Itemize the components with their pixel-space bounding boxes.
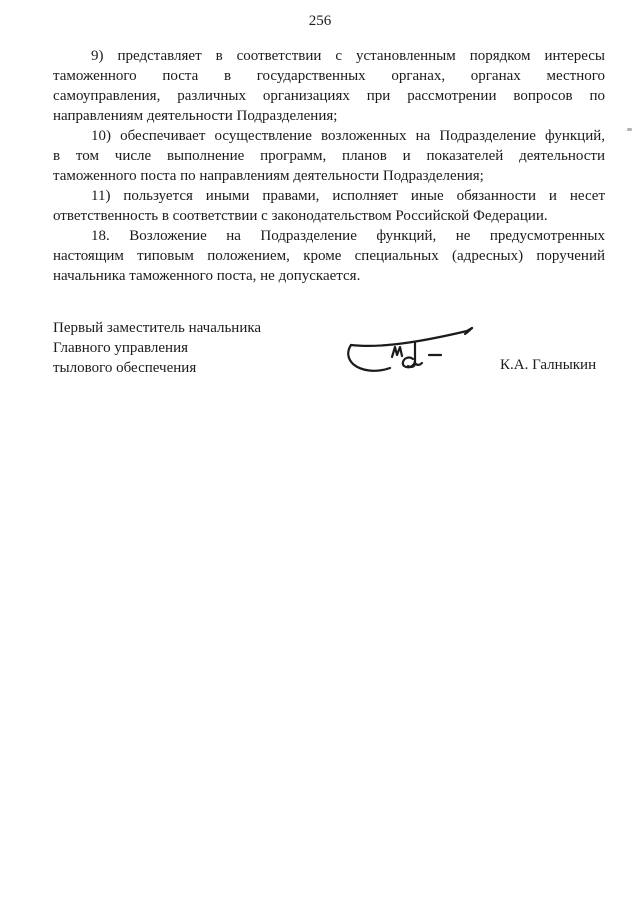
text-line: 11) пользуется иными правами, исполняет … [53, 186, 605, 206]
paragraph: 11) пользуется иными правами, исполняет … [53, 186, 605, 226]
document-page: 256 9) представляет в соответствии с уст… [0, 0, 640, 905]
text-line: настоящим типовым положением, кроме спец… [53, 246, 605, 266]
paragraph: 10) обеспечивает осуществление возложенн… [53, 126, 605, 186]
body-text: 9) представляет в соответствии с установ… [53, 46, 605, 286]
text-line: 9) представляет в соответствии с установ… [53, 46, 605, 66]
text-line: 18. Возложение на Подразделение функций,… [53, 226, 605, 246]
text-line: начальника таможенного поста, не допуска… [53, 266, 605, 286]
text-line: 10) обеспечивает осуществление возложенн… [53, 126, 605, 146]
paragraph: 18. Возложение на Подразделение функций,… [53, 226, 605, 286]
text-line: таможенного поста в государственных орга… [53, 66, 605, 86]
scan-artifact [627, 128, 632, 131]
signature-block: Первый заместитель начальника Главного у… [53, 318, 605, 382]
signature-title-line: Первый заместитель начальника [53, 318, 605, 338]
handwritten-signature-icon [345, 321, 480, 376]
paragraph: 9) представляет в соответствии с установ… [53, 46, 605, 126]
page-number: 256 [0, 12, 640, 30]
signatory-name: К.А. Галныкин [500, 355, 596, 375]
text-line: самоуправления, различных организациях п… [53, 86, 605, 106]
text-line: направлениям деятельности Подразделения; [53, 106, 605, 126]
text-line: ответственность в соответствии с законод… [53, 206, 605, 226]
text-line: таможенного поста по направлениям деятел… [53, 166, 605, 186]
text-line: в том числе выполнение программ, планов … [53, 146, 605, 166]
